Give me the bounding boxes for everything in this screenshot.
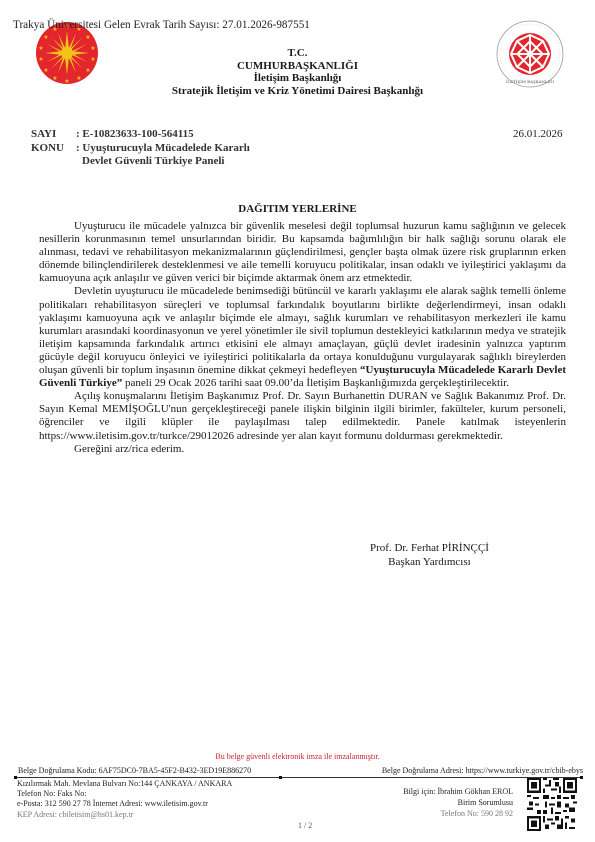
sayi-row: SAYI : E-10823633-100-564115 xyxy=(31,128,250,142)
contact-info: Bilgi için: İbrahim Gökhan EROL Birim So… xyxy=(403,786,513,819)
svg-text:★: ★ xyxy=(90,45,95,52)
paragraph-3: Açılış konuşmalarını İletişim Başkanımız… xyxy=(39,390,566,442)
document-meta: SAYI : E-10823633-100-564115 KONU : Uyuş… xyxy=(31,128,250,169)
svg-text:★: ★ xyxy=(64,78,69,85)
verification-row: Belge Doğrulama Kodu: 6AF75DC0-7BA5-45F2… xyxy=(18,766,583,775)
signature-block: Prof. Dr. Ferhat PİRİNÇÇİ Başkan Yardımc… xyxy=(370,541,489,569)
paragraph-4: Gereğini arz/rica ederim. xyxy=(39,443,566,456)
signatory-name: Prof. Dr. Ferhat PİRİNÇÇİ xyxy=(370,541,489,555)
qr-code-icon xyxy=(527,778,577,831)
page-number: 1 / 2 xyxy=(298,821,312,830)
paragraph-1: Uyuşturucu ile mücadele yalnızca bir güv… xyxy=(39,220,566,285)
verification-code: Belge Doğrulama Kodu: 6AF75DC0-7BA5-45F2… xyxy=(18,766,251,775)
contact-person: Bilgi için: İbrahim Gökhan EROL xyxy=(403,786,513,797)
paragraph-2: Devletin uyuşturucu ile mücadelede benim… xyxy=(39,285,566,390)
esign-note: Bu belge güvenli elektronik imza ile imz… xyxy=(0,752,595,761)
svg-text:★: ★ xyxy=(38,56,43,63)
svg-text:★: ★ xyxy=(43,67,48,74)
contact-role: Birim Sorumlusu xyxy=(403,797,513,808)
email-web-line: e-Posta: 312 590 27 78 İnternet Adresi: … xyxy=(17,799,232,809)
sayi-label: SAYI xyxy=(31,128,76,142)
signatory-title: Başkan Yardımcısı xyxy=(370,555,489,569)
konu-value: : Uyuşturucuyla Mücadelede Kararlı xyxy=(76,142,250,156)
office-address: Kızılırmak Mah. Mevlana Bulvarı No:144 Ç… xyxy=(17,779,232,820)
svg-text:★: ★ xyxy=(90,56,95,63)
sayi-value: : E-10823633-100-564115 xyxy=(76,128,194,142)
konu-label: KONU xyxy=(31,142,76,156)
svg-text:★: ★ xyxy=(38,45,43,52)
svg-text:★: ★ xyxy=(43,34,48,41)
address-line: Kızılırmak Mah. Mevlana Bulvarı No:144 Ç… xyxy=(17,779,232,789)
svg-text:★: ★ xyxy=(52,75,57,82)
konu-row: KONU : Uyuşturucuyla Mücadelede Kararlı xyxy=(31,142,250,156)
letter-body: Uyuşturucu ile mücadele yalnızca bir güv… xyxy=(39,220,566,456)
phone-fax-line: Telefon No: Faks No: xyxy=(17,789,232,799)
header-department: Stratejik İletişim ve Kriz Yönetimi Dair… xyxy=(0,85,595,98)
svg-text:★: ★ xyxy=(85,34,90,41)
svg-text:★: ★ xyxy=(85,67,90,74)
footer-divider xyxy=(14,777,583,778)
contact-phone: Telefon No: 590 28 92 xyxy=(403,808,513,819)
konu-value-continued: Devlet Güvenli Türkiye Paneli xyxy=(31,155,250,169)
verification-address[interactable]: Belge Doğrulama Adresi: https://www.turk… xyxy=(382,766,583,775)
distribution-title: DAĞITIM YERLERİNE xyxy=(0,203,595,215)
svg-text:★: ★ xyxy=(76,75,81,82)
document-date: 26.01.2026 xyxy=(513,128,563,140)
incoming-document-stamp: Trakya Üniversitesi Gelen Evrak Tarih Sa… xyxy=(13,19,310,31)
kep-address-line: KEP Adresi: cbiletisim@hs01.kep.tr xyxy=(17,810,232,820)
